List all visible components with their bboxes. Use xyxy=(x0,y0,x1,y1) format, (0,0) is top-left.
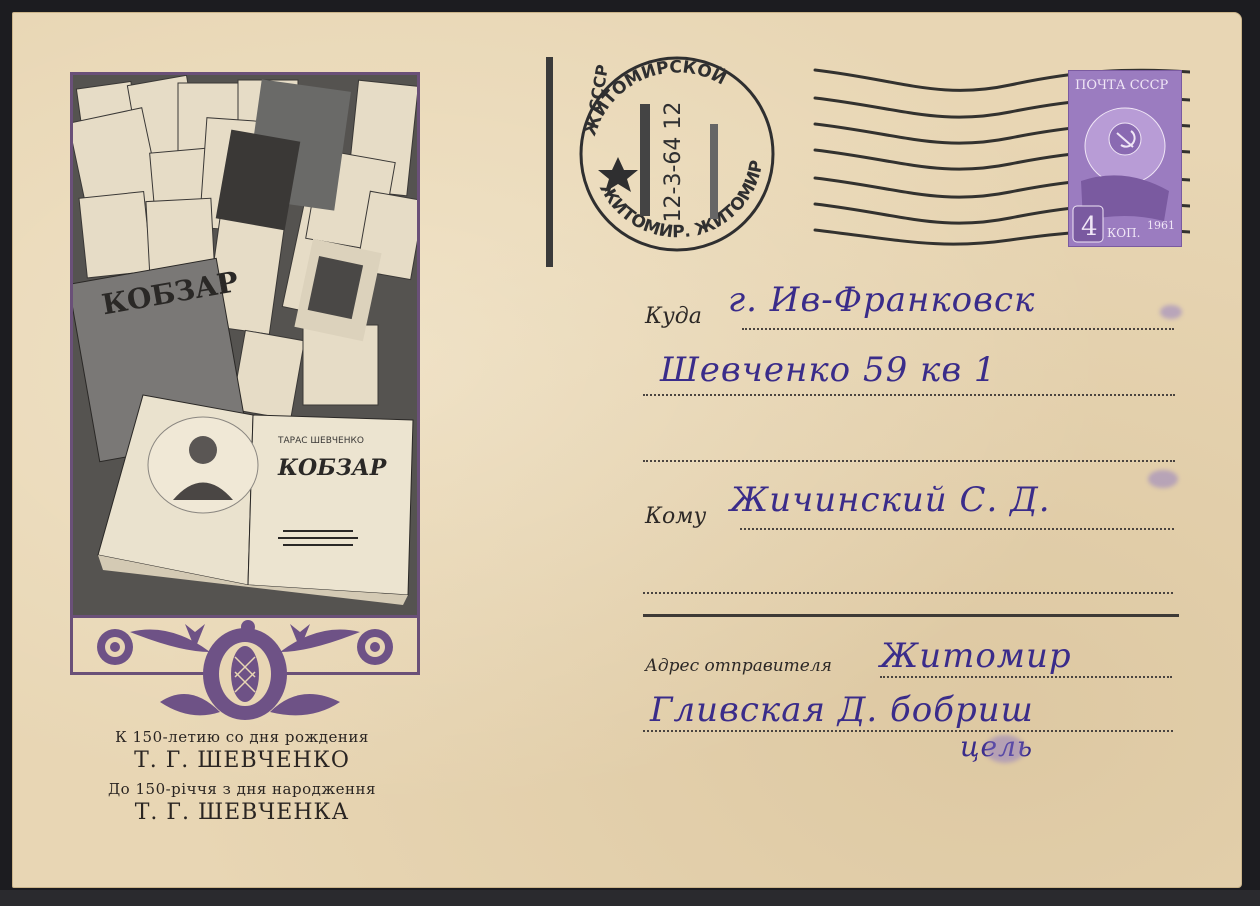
caption-ukrainian-anniversary: До 150-річчя з дня народження xyxy=(70,780,414,798)
svg-text:ПОЧТА СССР: ПОЧТА СССР xyxy=(1075,78,1169,93)
separator-line xyxy=(643,614,1179,617)
sender-line-1 xyxy=(880,676,1172,678)
caption-ukrainian-name: Т. Г. ШЕВЧЕНКА xyxy=(70,800,414,825)
open-book-author: ТАРАС ШЕВЧЕНКО xyxy=(277,436,364,446)
recipient-line xyxy=(740,528,1174,530)
sender-address-line1: Житомир xyxy=(880,636,1072,676)
recipient-name: Жичинский С. Д. xyxy=(730,480,1051,520)
postage-stamp: ПОЧТА СССР 4 КОП. 1961 xyxy=(1068,70,1182,247)
ussr-coat-of-arms-icon: ПОЧТА СССР 4 КОП. 1961 xyxy=(1069,71,1181,246)
to-line-3 xyxy=(643,460,1175,462)
open-book-title: КОБЗАР xyxy=(277,455,388,481)
book-collage-drawing: КОБЗАР ТАРАС ШЕВЧЕНКО КОБЗАР xyxy=(73,75,417,615)
illustration-book-collage: КОБЗАР ТАРАС ШЕВЧЕНКО КОБЗАР xyxy=(70,72,420,618)
zhytomyr-postmark: ЖИТОМИРСКОЙ ЖИТОМИР. ЖИТОМИР. ЖИТОМИР. 1… xyxy=(540,52,790,272)
sender-label: Адрес отправителя xyxy=(645,656,832,676)
sender-line-2 xyxy=(643,730,1173,732)
ukrainian-floral-ornament xyxy=(70,612,420,730)
recipient-line-2 xyxy=(643,592,1173,594)
to-address-line2: Шевченко 59 кв 1 xyxy=(660,350,997,390)
ink-smudge xyxy=(1148,470,1178,488)
caption-russian-name: Т. Г. ШЕВЧЕНКО xyxy=(70,748,414,773)
postmark-date: 12-3-64 12 xyxy=(661,102,686,223)
ink-smudge xyxy=(985,735,1025,763)
caption-russian-anniversary: К 150-летию со дня рождения xyxy=(70,728,414,746)
to-line-2 xyxy=(643,394,1175,396)
stamp-year: 1961 xyxy=(1147,219,1175,232)
stamp-value: 4 xyxy=(1081,212,1098,242)
to-line-1 xyxy=(742,328,1174,330)
recipient-label: Кому xyxy=(645,504,706,529)
scan-background xyxy=(0,890,1260,906)
sender-address-line2: Гливская Д. бобриш xyxy=(650,690,1034,730)
ink-smudge xyxy=(1160,305,1182,319)
to-label: Куда xyxy=(645,304,702,329)
to-address-line1: г. Ив-Франковск xyxy=(728,280,1035,320)
stamp-unit: КОП. xyxy=(1107,226,1140,240)
